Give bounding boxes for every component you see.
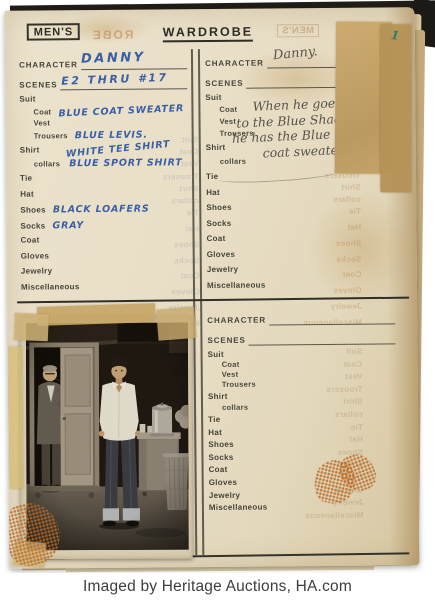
wardrobe-field-row: Shoes BLACK LOAFERS [20, 203, 188, 220]
wardrobe-field-row: Miscellaneous [21, 281, 189, 298]
wardrobe-field-row: Hat [20, 188, 188, 205]
wardrobe-field-row: Trousers [208, 378, 396, 390]
field-label: Socks [20, 221, 45, 230]
field-label: Jewelry [209, 490, 241, 499]
wardrobe-field-row: Jewelry [21, 265, 189, 282]
wardrobe-field-row: Gloves [207, 248, 395, 265]
wardrobe-field-row: Miscellaneous [209, 502, 397, 516]
wardrobe-field-row: collars BLUE SPORT SHIRT [20, 157, 188, 170]
wardrobe-page: MEN'S ROBE WARDROBE MEN'S FORM 7-9-8 CHA… [5, 7, 420, 569]
production-still-photo [26, 323, 189, 551]
field-label: Coat [222, 360, 240, 369]
field-label: Tie [20, 174, 32, 183]
field-label: Hat [208, 428, 222, 437]
field-value-handwritten: GRAY [52, 220, 84, 231]
column-divider-line [198, 49, 204, 555]
field-label: Trousers [222, 380, 256, 389]
field-value-handwritten: BLUE SPORT SHIRT [69, 157, 182, 169]
tape-patch [380, 24, 411, 192]
field-label: Shirt [206, 143, 226, 152]
tape-corner [14, 313, 49, 341]
field-value-handwritten: BLACK LOAFERS [53, 204, 150, 216]
scenes-label: SCENES [19, 80, 57, 90]
field-label: Socks [208, 453, 233, 462]
wardrobe-fields-left: Suit Coat BLUE COAT SWEATER Vest Trouser… [19, 93, 189, 297]
caption-bar: Imaged by Heritage Auctions, HA.com [0, 573, 435, 600]
wardrobe-field-row: Shoes [206, 201, 394, 218]
wardrobe-field-row: Jewelry [207, 263, 395, 280]
left-wardrobe-block: CHARACTER DANNY SCENES E2 THRU #17 Suit … [19, 51, 189, 297]
field-label: collars [222, 403, 248, 412]
field-label: Shirt [208, 392, 228, 401]
character-label: CHARACTER [205, 59, 264, 70]
field-label: Shoes [208, 440, 234, 449]
wardrobe-field-row: Gloves [21, 250, 189, 267]
field-label: Gloves [209, 478, 238, 487]
scenes-line [249, 325, 396, 345]
field-label: Coat [21, 236, 40, 245]
scenes-label: SCENES [205, 79, 243, 89]
scenes-row: SCENES [207, 326, 395, 346]
wardrobe-fields-blank: Suit Coat Vest Trousers Shirt collars Ti… [208, 348, 397, 515]
field-label: Socks [206, 218, 231, 227]
field-label: collars [34, 159, 60, 168]
wardrobe-field-row: Socks [206, 217, 394, 234]
field-label: Tie [206, 172, 218, 181]
field-label: Shirt [20, 146, 40, 155]
attached-photograph-frame [20, 316, 193, 560]
field-label: Suit [205, 93, 221, 102]
character-value-handwritten: DANNY [81, 50, 146, 67]
tape-strip-over-photo [37, 303, 156, 326]
bleed-through-wardrobe-text: ROBE [91, 28, 134, 42]
character-row: CHARACTER DANNY [19, 51, 187, 70]
caption-text: Imaged by Heritage Auctions, HA.com [83, 578, 352, 596]
field-label: Miscellaneous [209, 503, 268, 513]
tape-edge-strip [9, 347, 23, 489]
tape-corner [13, 540, 46, 568]
field-label: Jewelry [207, 265, 239, 274]
scanned-wardrobe-sheet: MEN'S ROBE WARDROBE MEN'S FORM 7-9-8 CHA… [0, 0, 435, 600]
field-label: Vest [222, 370, 239, 379]
field-label: Coat [207, 234, 226, 243]
bleed-through-mens-text: MEN'S [277, 24, 319, 37]
field-label: Trousers [34, 131, 68, 140]
photo-scene [26, 323, 189, 551]
wardrobe-field-row: Socks GRAY [20, 219, 188, 236]
field-label: Miscellaneous [21, 282, 80, 292]
field-label: Shoes [20, 205, 46, 214]
wardrobe-field-row: Miscellaneous [207, 279, 395, 296]
character-row: CHARACTER [207, 306, 395, 326]
field-label: Vest [34, 118, 51, 127]
field-label: Gloves [21, 251, 50, 260]
field-label: Gloves [207, 249, 236, 258]
blank-wardrobe-block: CHARACTER SCENES Suit Coat Vest Trousers… [207, 306, 397, 515]
field-label: Suit [19, 95, 35, 104]
character-label: CHARACTER [19, 60, 78, 71]
tape-corner [156, 307, 196, 341]
character-label: CHARACTER [207, 316, 266, 327]
wardrobe-label: WARDROBE [163, 25, 253, 43]
character-line [269, 305, 395, 325]
field-value-handwritten: BLUE LEVIS. [75, 130, 148, 142]
wardrobe-field-row: Hat [206, 186, 394, 203]
field-label: Hat [206, 187, 220, 196]
field-label: Suit [208, 350, 224, 359]
wardrobe-field-row: Coat [21, 234, 189, 251]
field-label: Coat [209, 465, 228, 474]
mens-label: MEN'S [27, 23, 81, 40]
wardrobe-field-row: Shirt WHITE TEE SHIRT [20, 143, 188, 158]
scenes-row: SCENES E2 THRU #17 [19, 71, 187, 90]
field-label: Tie [208, 415, 220, 424]
field-label: Hat [20, 189, 34, 198]
wardrobe-field-row: collars [208, 401, 396, 413]
field-label: Jewelry [21, 266, 53, 275]
field-label: Miscellaneous [207, 280, 266, 290]
field-label: Coat [33, 107, 51, 116]
wardrobe-field-row: Coat [207, 232, 395, 249]
wardrobe-field-row: Tie [20, 172, 188, 189]
field-label: Shoes [206, 203, 232, 212]
scenes-label: SCENES [207, 336, 245, 346]
